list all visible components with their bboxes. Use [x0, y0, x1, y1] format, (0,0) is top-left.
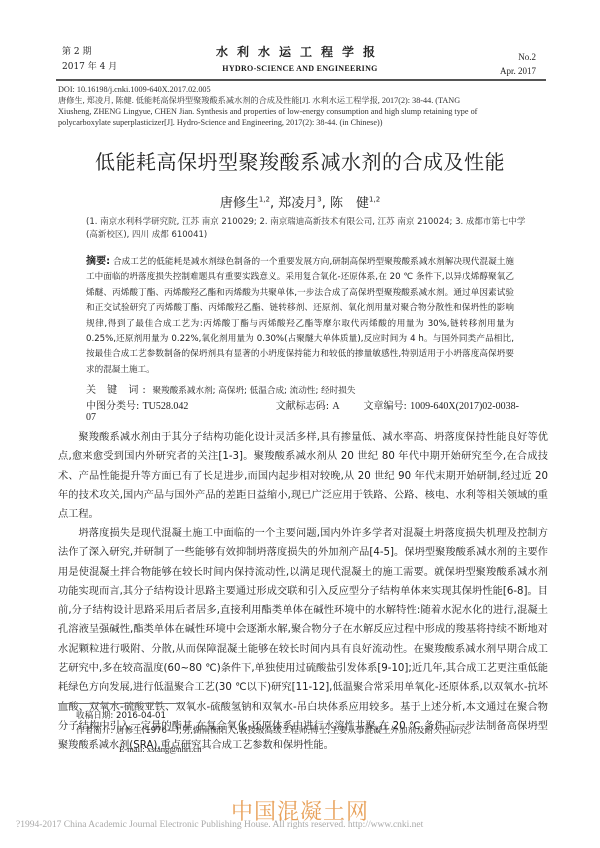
abstract: 摘要: 合成工艺的低能耗是减水剂绿色制备的一个重要发展方向,研制高保坍型聚羧酸系… — [86, 254, 514, 378]
bio-label: 作者简介: — [76, 726, 113, 736]
abstract-text: 合成工艺的低能耗是减水剂绿色制备的一个重要发展方向,研制高保坍型聚羧酸系减水剂解… — [86, 257, 514, 375]
issue-info-en: No.2 Apr. 2017 — [500, 50, 536, 78]
author-affil-ref: 1,2 — [369, 196, 380, 204]
article-no-label: 文章编号: — [364, 401, 407, 412]
author-affil-ref: 3 — [317, 196, 321, 204]
citation-cn: 唐修生, 郑凌月, 陈健. 低能耗高保坍型聚羧酸系减水剂的合成及性能[J]. 水… — [58, 95, 544, 106]
author-bio-row: 作者简介: 唐修生(1976—),男,湖南衡阳人,教授级高级工程师,博士,主要从… — [76, 724, 476, 739]
footnote: 收稿日期: 2016-04-01 作者简介: 唐修生(1976—),男,湖南衡阳… — [76, 709, 476, 757]
keywords-text: 聚羧酸系减水剂; 高保坍; 低温合成; 流动性; 经时损失 — [152, 386, 355, 396]
clc-value: TU528.042 — [143, 401, 273, 412]
keywords: 关 键 词: 聚羧酸系减水剂; 高保坍; 低温合成; 流动性; 经时损失 — [86, 381, 355, 396]
author-email[interactable]: E-mail: xstang@nhri.cn — [76, 742, 476, 757]
author-name: 陈 健 — [330, 196, 369, 211]
abstract-label: 摘要: — [86, 256, 110, 267]
doc-code-label: 文献标志码: — [276, 401, 329, 412]
doc-code-value: A — [332, 401, 360, 412]
copyright-notice: ?1994-2017 China Academic Journal Electr… — [16, 820, 423, 830]
paragraph-1: 聚羧酸系减水剂由于其分子结构功能化设计灵活多样,具有掺量低、减水率高、坍落度保持… — [58, 428, 548, 524]
bio-text: 唐修生(1976—),男,湖南衡阳人,教授级高级工程师,博士,主要从事混凝土外加… — [116, 726, 476, 736]
article-title: 低能耗高保坍型聚羧酸系减水剂的合成及性能 — [0, 146, 600, 175]
clc-label: 中图分类号: — [86, 401, 139, 412]
received-label: 收稿日期: — [76, 711, 113, 721]
received-date: 2016-04-01 — [116, 711, 166, 721]
author-list: 唐修生1,2, 郑凌月3, 陈 健1,2 — [0, 192, 600, 211]
received-date-row: 收稿日期: 2016-04-01 — [76, 709, 476, 724]
body-paragraph: 聚羧酸系减水剂由于其分子结构功能化设计灵活多样,具有掺量低、减水率高、坍落度保持… — [58, 428, 548, 524]
footnote-divider — [58, 703, 183, 704]
citation-block: DOI: 10.16198/j.cnki.1009-640X.2017.02.0… — [58, 84, 544, 128]
header-divider — [56, 79, 546, 81]
classification-row: 中图分类号: TU528.042 文献标志码: A 文章编号: 1009-640… — [86, 397, 526, 423]
author-affil-ref: 1,2 — [259, 196, 270, 204]
affiliations: (1. 南京水利科学研究院, 江苏 南京 210029; 2. 南京瑞迪高新技术… — [86, 216, 526, 242]
issue-number-en: No.2 — [500, 50, 536, 64]
author-name: 唐修生 — [220, 196, 259, 211]
citation-en-line1: Xiusheng, ZHENG Lingyue, CHEN Jian. Synt… — [58, 106, 544, 117]
issue-date-en: Apr. 2017 — [500, 64, 536, 78]
doi[interactable]: DOI: 10.16198/j.cnki.1009-640X.2017.02.0… — [58, 84, 544, 95]
citation-en-line2: polycarboxylate superplasticizer[J]. Hyd… — [58, 117, 544, 128]
author-name: 郑凌月 — [278, 196, 317, 211]
keywords-label: 关 键 词: — [86, 385, 150, 396]
